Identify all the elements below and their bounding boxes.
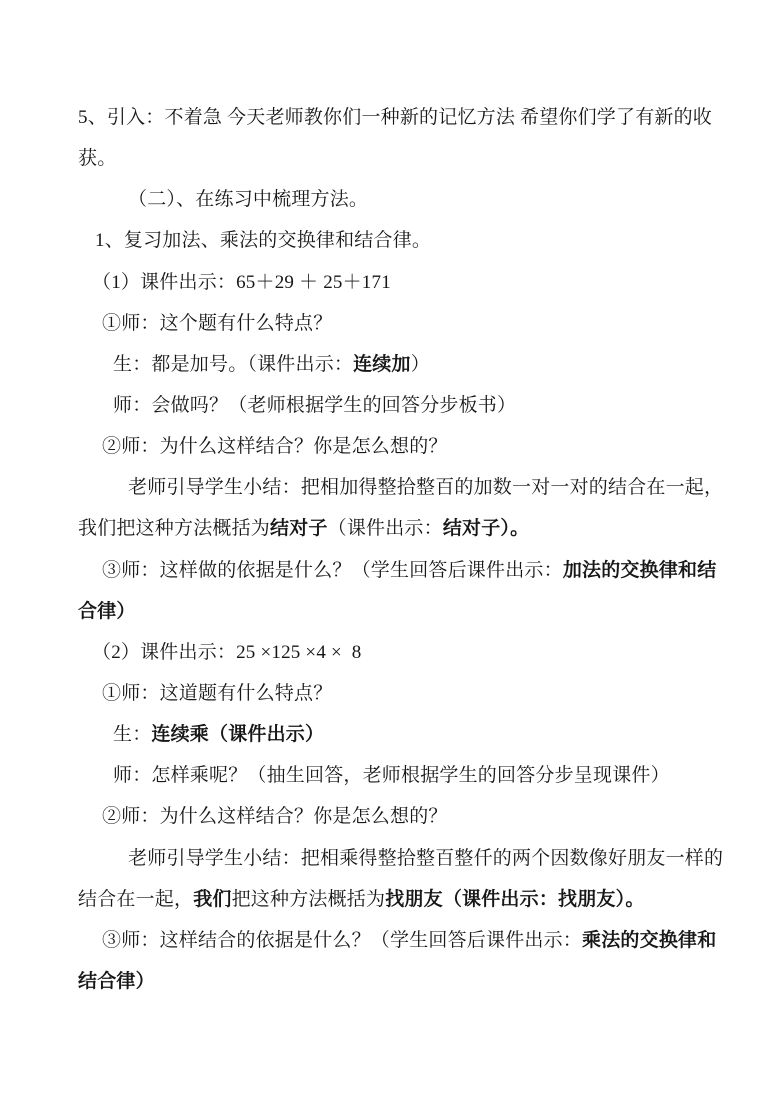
text-segment: （课件出示： (328, 518, 443, 539)
doc-line-2: 获。 (78, 138, 738, 179)
doc-line-21: ③师：这样结合的依据是什么？（学生回答后课件出示：乘法的交换律和 (102, 920, 738, 961)
doc-line-9: ②师：为什么这样结合？你是怎么想的？ (102, 426, 738, 467)
text-segment: 老师引导学生小结：把相乘得整拾整百整仟的两个因数像好朋友一样的 (128, 848, 723, 869)
doc-line-1: 5、引入：不着急 今天老师教你们一种新的记忆方法 希望你们学了有新的收 (78, 97, 738, 138)
text-segment: 把这种方法概括为 (232, 889, 386, 910)
text-segment: ①师：这个题有什么特点？ (102, 313, 332, 334)
text-segment: 生：都是加号。（课件出示： (113, 354, 353, 375)
text-segment: ③师：这样结合的依据是什么？（学生回答后课件出示： (102, 930, 582, 951)
doc-line-13: 合律） (78, 591, 738, 632)
doc-line-15: ①师：这道题有什么特点？ (102, 673, 738, 714)
doc-line-5: （1）课件出示：65＋29 ＋ 25＋171 (92, 262, 738, 303)
bold-text-segment: 连续乘（课件出示） (151, 724, 324, 745)
text-segment: ②师：为什么这样结合？你是怎么想的？ (102, 806, 448, 827)
text-segment: ） (411, 354, 430, 375)
text-segment: （二）、在练习中梳理方法。 (128, 189, 368, 210)
text-segment: （2）课件出示：25 ×125 ×4 × 8 (92, 642, 362, 663)
bold-text-segment: 连续加 (353, 354, 411, 375)
bold-text-segment: 乘法的交换律和 (582, 930, 716, 951)
doc-line-12: ③师：这样做的依据是什么？（学生回答后课件出示：加法的交换律和结 (102, 550, 738, 591)
doc-line-7: 生：都是加号。（课件出示：连续加） (113, 344, 738, 385)
text-segment: 生： (113, 724, 151, 745)
doc-line-20: 结合在一起，我们把这种方法概括为找朋友（课件出示：找朋友）。 (78, 879, 738, 920)
text-segment: 结合在一起， (78, 889, 193, 910)
text-segment: （1）课件出示：65＋29 ＋ 25＋171 (92, 272, 391, 293)
text-segment: 5、引入：不着急 今天老师教你们一种新的记忆方法 希望你们学了有新的收 (78, 107, 712, 128)
bold-text-segment: 加法的交换律和结 (563, 560, 717, 581)
doc-line-10: 老师引导学生小结：把相加得整拾整百的加数一对一对的结合在一起， (128, 467, 738, 508)
doc-line-14: （2）课件出示：25 ×125 ×4 × 8 (92, 632, 738, 673)
text-segment: 我们把这种方法概括为 (78, 518, 270, 539)
doc-line-22: 结合律） (78, 961, 738, 1002)
doc-line-16: 生：连续乘（课件出示） (113, 714, 738, 755)
bold-text-segment: 我们 (193, 889, 231, 910)
text-segment: 老师引导学生小结：把相加得整拾整百的加数一对一对的结合在一起， (128, 477, 723, 498)
doc-line-3: （二）、在练习中梳理方法。 (128, 179, 738, 220)
text-segment: 获。 (78, 148, 116, 169)
text-segment: 1、复习加法、乘法的交换律和结合律。 (95, 230, 431, 251)
bold-text-segment: 结合律） (78, 971, 155, 992)
bold-text-segment: 结对子）。 (443, 518, 530, 539)
document-content: 5、引入：不着急 今天老师教你们一种新的记忆方法 希望你们学了有新的收获。（二）… (78, 97, 738, 1002)
bold-text-segment: 找朋友（课件出示：找朋友）。 (385, 889, 644, 910)
doc-line-17: 师：怎样乘呢？（抽生回答，老师根据学生的回答分步呈现课件） (113, 755, 738, 796)
doc-line-6: ①师：这个题有什么特点？ (102, 303, 738, 344)
text-segment: 师：会做吗？（老师根据学生的回答分步板书） (113, 395, 516, 416)
doc-line-11: 我们把这种方法概括为结对子（课件出示：结对子）。 (78, 508, 738, 549)
text-segment: ②师：为什么这样结合？你是怎么想的？ (102, 436, 448, 457)
bold-text-segment: 结对子 (270, 518, 328, 539)
text-segment: ①师：这道题有什么特点？ (102, 683, 332, 704)
bold-text-segment: 合律） (78, 601, 136, 622)
text-segment: 师：怎样乘呢？（抽生回答，老师根据学生的回答分步呈现课件） (113, 765, 670, 786)
doc-line-4: 1、复习加法、乘法的交换律和结合律。 (95, 220, 738, 261)
doc-line-18: ②师：为什么这样结合？你是怎么想的？ (102, 796, 738, 837)
doc-line-8: 师：会做吗？（老师根据学生的回答分步板书） (113, 385, 738, 426)
doc-line-19: 老师引导学生小结：把相乘得整拾整百整仟的两个因数像好朋友一样的 (128, 838, 738, 879)
document-page: 5、引入：不着急 今天老师教你们一种新的记忆方法 希望你们学了有新的收获。（二）… (0, 0, 780, 1103)
text-segment: ③师：这样做的依据是什么？（学生回答后课件出示： (102, 560, 563, 581)
